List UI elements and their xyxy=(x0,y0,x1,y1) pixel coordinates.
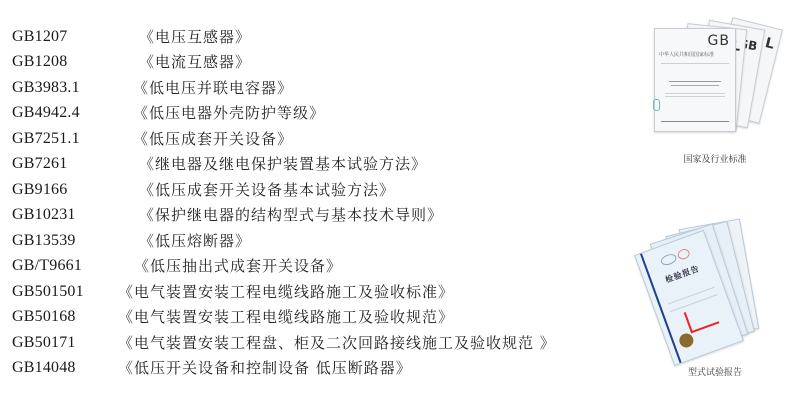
type-test-report-image: 检验报告 型式试验报告 xyxy=(640,215,790,365)
standard-code: GB50168 xyxy=(12,305,76,329)
report-caption: 型式试验报告 xyxy=(655,365,775,378)
standard-code: GB13539 xyxy=(12,229,76,253)
standard-code: GB7261 xyxy=(12,152,67,176)
standard-title: 《低压成套开关设备基本试验方法》 xyxy=(139,178,395,202)
standard-code: GB10231 xyxy=(12,203,76,227)
standard-code: GB/T9661 xyxy=(12,254,82,278)
standard-booklet-front: GB 中华人民共和国国家标准 xyxy=(654,28,736,132)
standard-title: 《电压互感器》 xyxy=(139,25,251,49)
standard-title: 《低压熔断器》 xyxy=(139,229,251,253)
standard-code: GB3983.1 xyxy=(12,76,80,100)
standard-title: 《低电压并联电容器》 xyxy=(133,76,293,100)
standard-title: 《电气装置安装工程电缆线路施工及验收标准》 xyxy=(118,280,454,304)
standard-title: 《保护继电器的结构型式与基本技术导则》 xyxy=(139,203,443,227)
standard-title: 《电流互感器》 xyxy=(139,50,251,74)
standard-code: GB501501 xyxy=(12,280,84,304)
report-title: 检验报告 xyxy=(664,263,702,286)
standard-code: GB4942.4 xyxy=(12,101,80,125)
standard-code: GB9166 xyxy=(12,178,67,202)
standard-title: 《低压抽出式成套开关设备》 xyxy=(134,254,342,278)
standard-title: 《低压电器外壳防护等级》 xyxy=(133,101,325,125)
standard-code: GB14048 xyxy=(12,356,76,380)
standard-title: 《电气装置安装工程盘、柜及二次回路接线施工及验收规范 》 xyxy=(118,331,556,355)
standard-title: 《继电器及继电保护装置基本试验方法》 xyxy=(139,152,427,176)
standard-title: 《电气装置安装工程电缆线路施工及验收规范》 xyxy=(118,305,454,329)
standard-code: GB50171 xyxy=(12,331,76,355)
standard-code: GB1207 xyxy=(12,25,67,49)
standard-code: GB1208 xyxy=(12,50,67,74)
gb-logo: GB xyxy=(708,33,730,49)
standards-image: L GB JL GB 中华人民共和国国家标准 国家及行业标准 xyxy=(640,18,790,138)
standard-code: GB7251.1 xyxy=(12,127,80,151)
standard-title: 《低压开关设备和控制设备 低压断路器》 xyxy=(118,356,412,380)
standards-caption: 国家及行业标准 xyxy=(655,152,775,165)
standard-title: 《低压成套开关设备》 xyxy=(133,127,293,151)
